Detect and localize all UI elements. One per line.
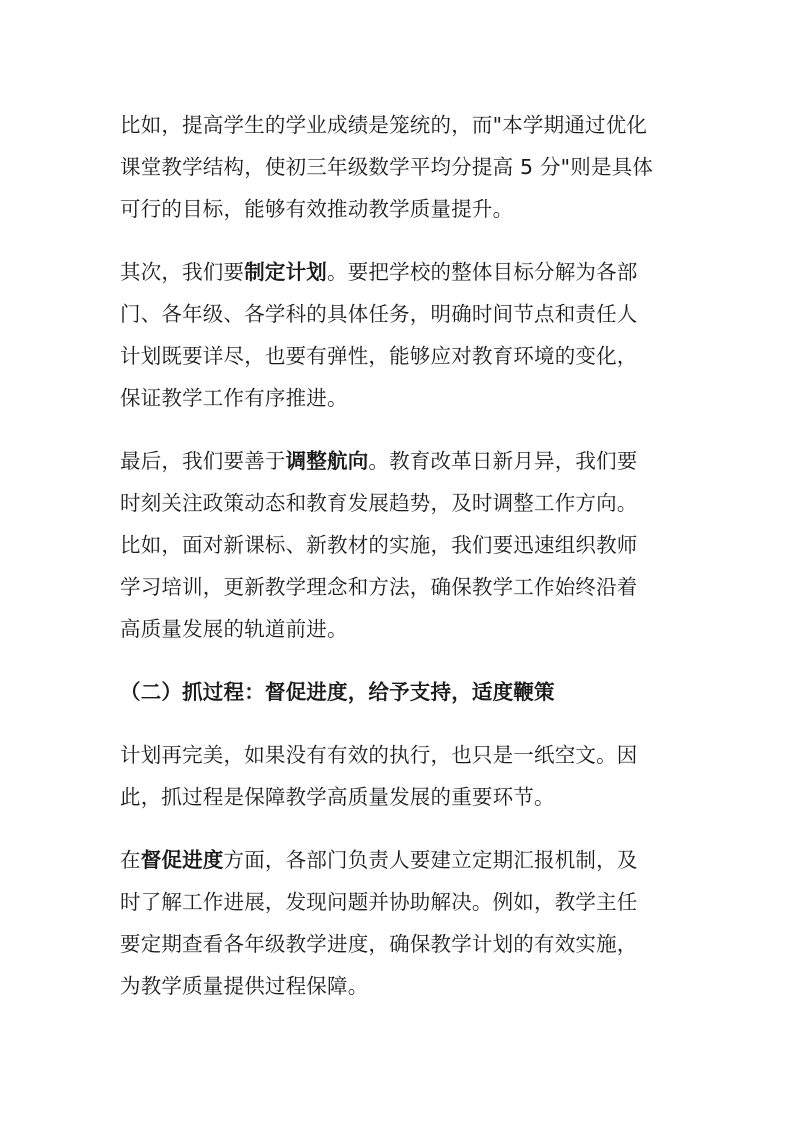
- text-line: 在督促进度方面，各部门负责人要建立定期汇报机制，及: [120, 839, 680, 881]
- document-page: 比如，提高学生的学业成绩是笼统的，而"本学期通过优化 课堂教学结构，使初三年级数…: [120, 104, 680, 1028]
- text-line: 门、各年级、各学科的具体任务，明确时间节点和责任人: [120, 293, 680, 335]
- text-line: 比如，提高学生的学业成绩是笼统的，而"本学期通过优化: [120, 104, 680, 146]
- text-span: 其次，我们要: [120, 260, 244, 284]
- text-line: 学习培训，更新教学理念和方法，确保教学工作始终沿着: [120, 566, 680, 608]
- paragraph-adjust-direction: 最后，我们要善于调整航向。教育改革日新月异，我们要 时刻关注政策动态和教育发展趋…: [120, 440, 680, 650]
- text-line: 为教学质量提供过程保障。: [120, 965, 680, 1007]
- text-span: 最后，我们要善于: [120, 449, 286, 473]
- paragraph-make-plan: 其次，我们要制定计划。要把学校的整体目标分解为各部 门、各年级、各学科的具体任务…: [120, 251, 680, 419]
- text-line: 最后，我们要善于调整航向。教育改革日新月异，我们要: [120, 440, 680, 482]
- bold-keyword: 制定计划: [244, 260, 327, 284]
- text-span: 。要把学校的整体目标分解为各部: [327, 260, 638, 284]
- text-line: 比如，面对新课标、新教材的实施，我们要迅速组织教师: [120, 524, 680, 566]
- text-line: 可行的目标，能够有效推动教学质量提升。: [120, 188, 680, 230]
- paragraph-specific-goals: 比如，提高学生的学业成绩是笼统的，而"本学期通过优化 课堂教学结构，使初三年级数…: [120, 104, 680, 230]
- text-span: 在: [120, 848, 141, 872]
- text-line: 高质量发展的轨道前进。: [120, 608, 680, 650]
- section-heading: （二）抓过程：督促进度，给予支持，适度鞭策: [120, 671, 680, 713]
- heading-text: （二）抓过程：督促进度，给予支持，适度鞭策: [120, 671, 680, 713]
- bold-keyword: 调整航向: [286, 449, 369, 473]
- bold-keyword: 督促进度: [141, 848, 224, 872]
- text-line: 时了解工作进展，发现问题并协助解决。例如，教学主任: [120, 881, 680, 923]
- text-line: 其次，我们要制定计划。要把学校的整体目标分解为各部: [120, 251, 680, 293]
- text-line: 要定期查看各年级教学进度，确保教学计划的有效实施，: [120, 923, 680, 965]
- paragraph-supervise-progress: 在督促进度方面，各部门负责人要建立定期汇报机制，及 时了解工作进展，发现问题并协…: [120, 839, 680, 1007]
- text-line: 此，抓过程是保障教学高质量发展的重要环节。: [120, 776, 680, 818]
- text-line: 时刻关注政策动态和教育发展趋势，及时调整工作方向。: [120, 482, 680, 524]
- text-span: 方面，各部门负责人要建立定期汇报机制，及: [224, 848, 638, 872]
- text-line: 计划再完美，如果没有有效的执行，也只是一纸空文。因: [120, 734, 680, 776]
- text-line: 保证教学工作有序推进。: [120, 377, 680, 419]
- text-span: 。教育改革日新月异，我们要: [368, 449, 637, 473]
- paragraph-process-importance: 计划再完美，如果没有有效的执行，也只是一纸空文。因 此，抓过程是保障教学高质量发…: [120, 734, 680, 818]
- text-line: 课堂教学结构，使初三年级数学平均分提高 5 分"则是具体: [120, 146, 680, 188]
- text-line: 计划既要详尽，也要有弹性，能够应对教育环境的变化，: [120, 335, 680, 377]
